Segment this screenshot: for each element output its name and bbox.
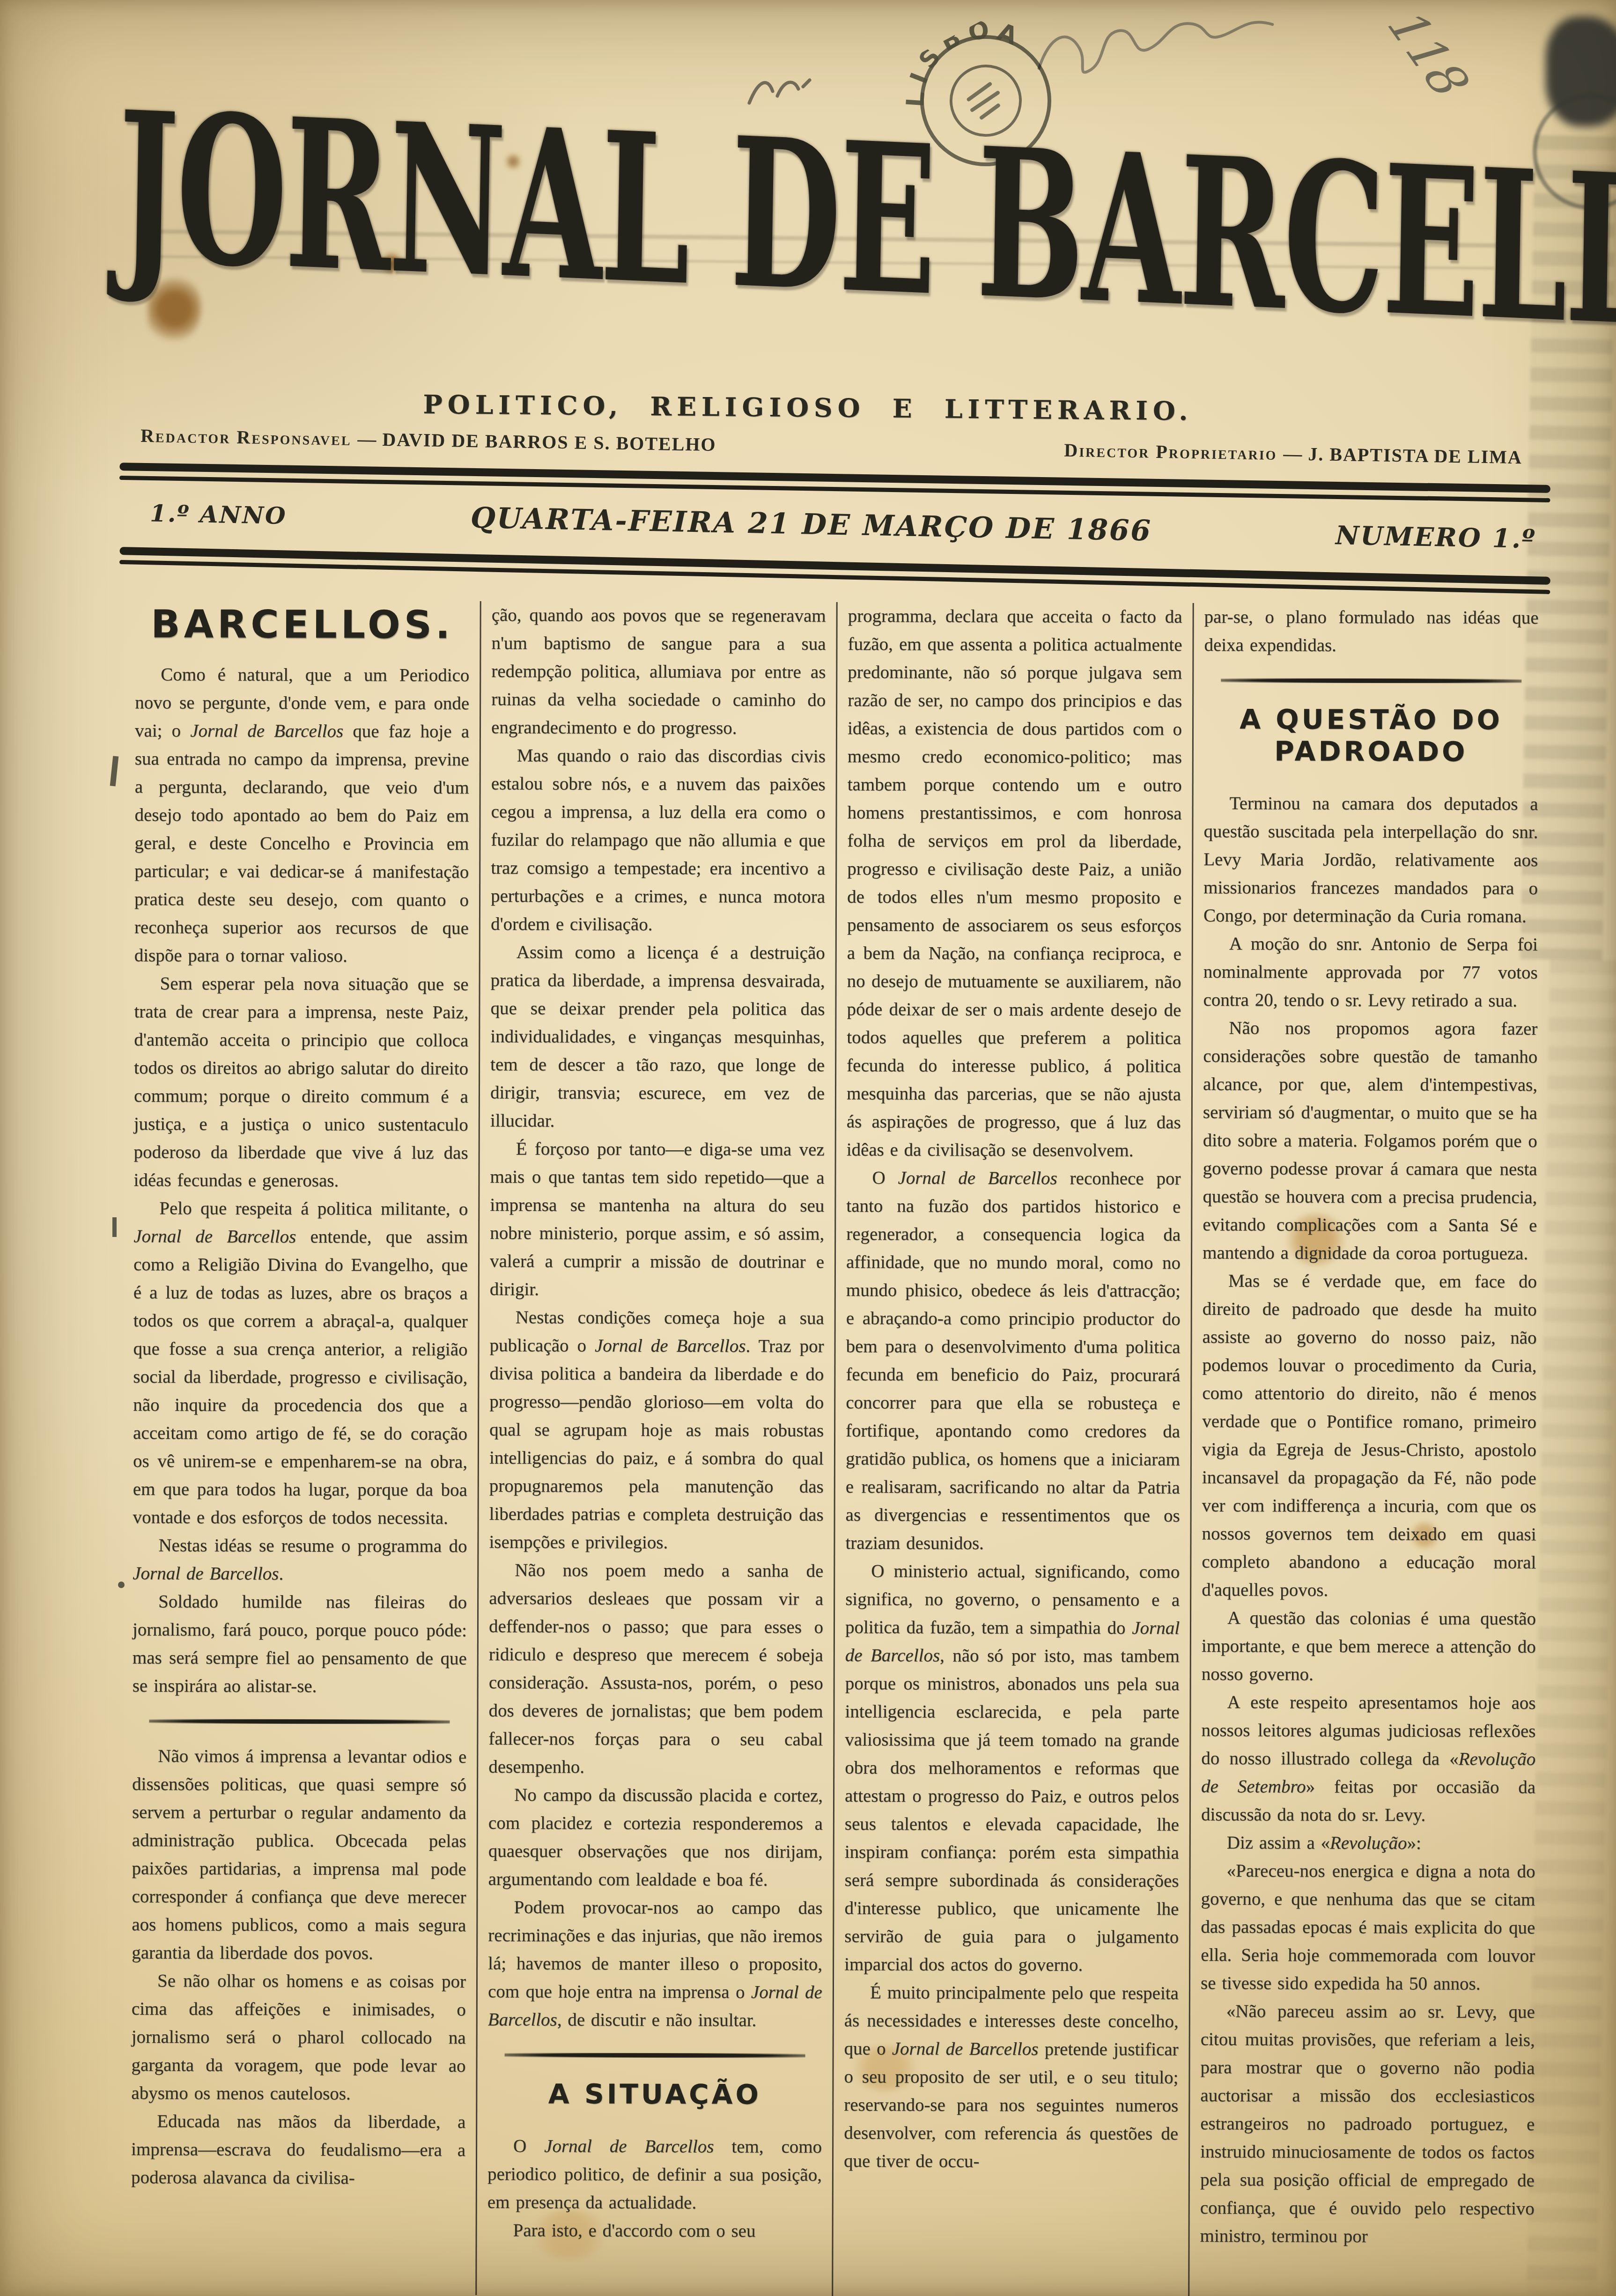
paragraph: Educada nas mãos da liberdade, a imprens…	[131, 2107, 465, 2193]
paragraph: par-se, o plano formulado nas idéas que …	[1204, 603, 1538, 660]
column-divider-rule	[504, 2053, 805, 2058]
column-divider-rule	[149, 1719, 450, 1724]
newspaper-page: 118 LISBOA JORNAL DE BARCELLOS. POLITICO…	[0, 0, 1616, 2296]
paragraph: Não vimos á imprensa a levantar odios e …	[132, 1742, 466, 1968]
article-heading: BARCELLOS.	[135, 602, 469, 648]
paragraph: programma, declara que acceita o facto d…	[847, 602, 1182, 1165]
column-divider-rule	[1221, 678, 1522, 684]
paragraph: Sem esperar pela nova situação que se tr…	[133, 970, 468, 1195]
paragraph: A moção do snr. Antonio de Serpa foi nom…	[1203, 930, 1537, 1015]
handwriting-scribble	[1028, 0, 1295, 90]
column-3: programma, declara que acceita o facto d…	[832, 602, 1192, 2296]
paragraph: «Não pareceu assim ao sr. Levy, que cito…	[1200, 1997, 1535, 2251]
paragraph: O Jornal de Barcellos tem, como periodic…	[487, 2132, 822, 2217]
volume-anno: 1.º ANNO	[150, 500, 287, 530]
paragraph: «Pareceu-nos energica e digna a nota do …	[1201, 1857, 1535, 1998]
paragraph: A questão das colonias é uma questão imp…	[1202, 1604, 1536, 1689]
issue-date: QUARTA-FEIRA 21 DE MARÇO DE 1866	[470, 501, 1152, 548]
paragraph: Nestas idéas se resume o programma do Jo…	[133, 1531, 467, 1589]
double-rule	[119, 463, 1550, 502]
redactor-line: Redactor Responsavel — DAVID DE BARROS E…	[140, 425, 716, 456]
redactor-label: Redactor Responsavel —	[140, 425, 378, 450]
column-1: BARCELLOS.Como é natural, que a um Perio…	[120, 600, 480, 2295]
redactor-name: DAVID DE BARROS E S. BOTELHO	[382, 429, 716, 455]
director-label: Director Proprietario —	[1064, 440, 1304, 464]
paragraph: Para isto, e d'accordo com o seu	[487, 2216, 822, 2245]
newspaper-subtitle: POLITICO, RELIGIOSO E LITTERARIO.	[0, 385, 1616, 430]
paragraph: É forçoso por tanto—e diga-se uma vez ma…	[490, 1135, 825, 1304]
paragraph: Como é natural, que a um Periodico novo …	[134, 661, 470, 971]
paragraph: Assim como a licença é a destruição prat…	[490, 938, 825, 1136]
paragraph: Se não olhar os homens e as coisas por c…	[131, 1967, 466, 2108]
handwritten-number: 118	[1376, 3, 1481, 106]
paragraph: Mas se é verdade que, em face do direito…	[1202, 1267, 1537, 1605]
director-name: J. BAPTISTA DE LIMA	[1308, 443, 1522, 468]
column-2: ção, quando aos povos que se regeneravam…	[475, 601, 836, 2296]
paragraph: Soldado humilde nas fileiras do jornalis…	[133, 1588, 467, 1701]
paragraph: É muito principalmente pelo que respeita…	[844, 1979, 1179, 2176]
paragraph: Podem provocar-nos ao campo das recrimin…	[488, 1893, 823, 2035]
dateline-row: 1.º ANNO QUARTA-FEIRA 21 DE MARÇO DE 186…	[150, 495, 1537, 555]
column-4: par-se, o plano formulado nas idéas que …	[1188, 603, 1549, 2296]
edge-mark	[112, 1217, 117, 1237]
editors-row: Redactor Responsavel — DAVID DE BARROS E…	[140, 425, 1522, 468]
paragraph: No campo da discussão placida e cortez, …	[488, 1781, 823, 1894]
paragraph: Não nos propomos agora fazer consideraçõ…	[1203, 1014, 1537, 1268]
newspaper-columns: BARCELLOS.Como é natural, que a um Perio…	[120, 600, 1549, 2296]
paragraph: Diz assim a «Revolução»:	[1201, 1829, 1535, 1858]
masthead: JORNAL DE BARCELLOS.	[52, 136, 1564, 296]
article-heading: A SITUAÇÃO	[487, 2078, 822, 2111]
director-line: Director Proprietario — J. BAPTISTA DE L…	[1064, 439, 1522, 468]
edge-mark	[110, 756, 119, 787]
paragraph: Não nos poem medo a sanha de adversarios…	[488, 1556, 823, 1782]
paragraph: O ministerio actual, significando, como …	[844, 1557, 1180, 1980]
issue-number: NUMERO 1.º	[1335, 520, 1536, 554]
paragraph: Terminou na camara dos deputados a quest…	[1203, 789, 1538, 931]
paragraph: Mas quando o raio das discordias civis e…	[491, 742, 826, 939]
paragraph: ção, quando aos povos que se regeneravam…	[491, 601, 826, 743]
newspaper-title: JORNAL DE BARCELLOS.	[116, 66, 1616, 382]
article-heading: A QUESTÃO DO PADROADO	[1204, 703, 1538, 768]
paragraph: Pelo que respeita á politica militante, …	[133, 1194, 468, 1532]
paragraph: O Jornal de Barcellos reconhece por tant…	[845, 1164, 1181, 1558]
paragraph: A este respeito apresentamos hoje aos no…	[1201, 1688, 1536, 1830]
paragraph: Nestas condições começa hoje a sua publi…	[489, 1303, 824, 1557]
double-rule	[119, 547, 1550, 594]
